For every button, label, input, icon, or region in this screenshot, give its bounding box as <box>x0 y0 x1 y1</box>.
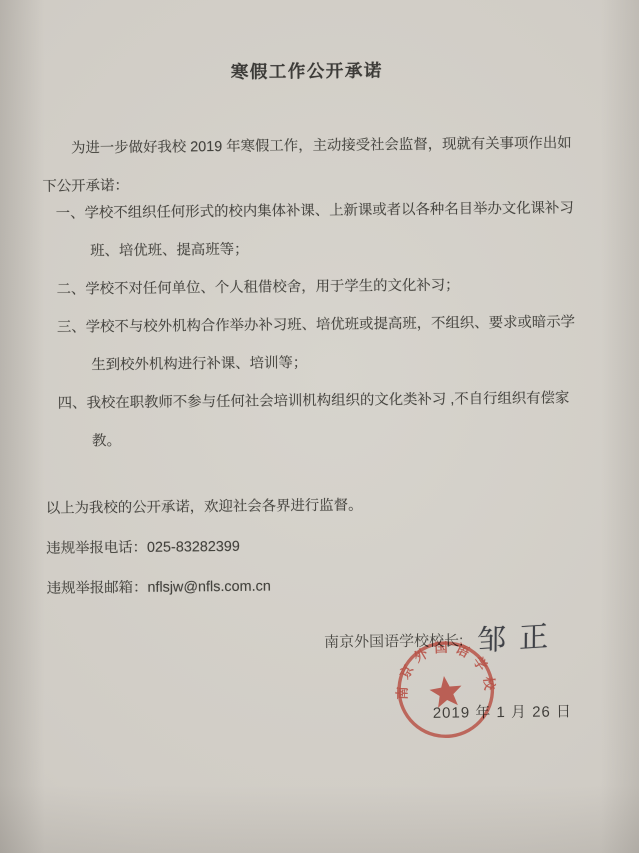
seal-star-icon <box>428 674 464 709</box>
report-email: 违规举报邮箱：nflsjw@nfls.com.cn <box>46 563 580 609</box>
commitment-item-4-line-2: 教。 <box>45 417 579 461</box>
commitment-item-3-line-2: 生到校外机构进行补课、培训等； <box>44 341 578 385</box>
commitment-item-1-line-1: 一、学校不组织任何形式的校内集体补课、上新课或者以各种名目举办文化课补习 <box>43 189 577 233</box>
intro-line-1: 为进一步做好我校 2019 年寒假工作，主动接受社会监督，现就有关事项作出如 <box>42 124 576 168</box>
signature-row: 南京外国语学校校长: 邹正 <box>2 629 639 677</box>
document-photo: 寒假工作公开承诺 为进一步做好我校 2019 年寒假工作，主动接受社会监督，现就… <box>0 0 639 853</box>
report-phone: 违规举报电话：025-83282399 <box>46 523 580 569</box>
document-title: 寒假工作公开承诺 <box>0 55 635 87</box>
document-body: 为进一步做好我校 2019 年寒假工作，主动接受社会监督，现就有关事项作出如 下… <box>0 124 639 610</box>
commitment-item-2-line-1: 二、学校不对任何单位、个人租借校舍，用于学生的文化补习； <box>43 265 577 309</box>
school-seal-stamp: 南京外国语学校 <box>384 630 507 750</box>
commitment-item-1-line-2: 班、培优班、提高班等； <box>43 227 577 271</box>
commitment-item-3-line-1: 三、学校不与校外机构合作举办补习班、培优班或提高班，不组织、要求或暗示学 <box>44 303 578 347</box>
document-page: 寒假工作公开承诺 为进一步做好我校 2019 年寒假工作，主动接受社会监督，现就… <box>0 0 639 853</box>
commitment-list: 一、学校不组织任何形式的校内集体补课、上新课或者以各种名目举办文化课补习 班、培… <box>43 189 580 461</box>
closing-statement: 以上为我校的公开承诺，欢迎社会各界进行监督。 <box>46 483 580 529</box>
commitment-item-4-line-1: 四、我校在职教师不参与任何社会培训机构组织的文化类补习 ,不自行组织有偿家 <box>45 379 579 423</box>
footer-block: 以上为我校的公开承诺，欢迎社会各界进行监督。 违规举报电话：025-832823… <box>46 483 581 609</box>
date-line: 2019 年 1 月 26 日 <box>3 700 639 728</box>
